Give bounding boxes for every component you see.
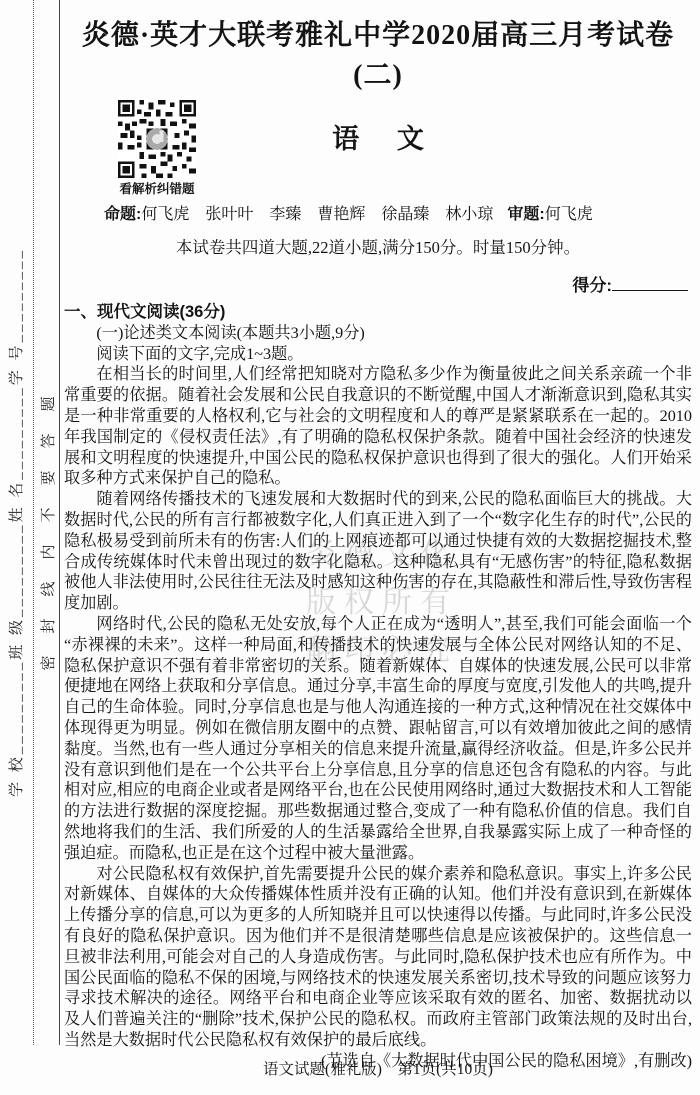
passage-paragraph: 随着网络传播技术的飞速发展和大数据时代的到来,公民的隐私面临巨大的挑战。大数据时…	[64, 489, 692, 614]
seal-dotted-line	[33, 0, 34, 1045]
qr-code-icon	[116, 100, 198, 178]
setter-names: 何飞虎 张叶叶 李臻 曹艳辉 徐晶臻 林小琼	[141, 206, 493, 223]
section-instruction: 阅读下面的文字,完成1~3题。	[64, 344, 692, 365]
header-row: 看解析纠错题 语文	[64, 93, 692, 193]
setters-line: 命题:何飞虎 张叶叶 李臻 曹艳辉 徐晶臻 林小琼审题:何飞虎	[64, 201, 692, 224]
seal-warning-text: 密封线内不要答题	[38, 0, 60, 1045]
qr-caption: 看解析纠错题	[114, 179, 200, 197]
reviewer-name: 何飞虎	[545, 206, 593, 223]
page-footer: 语文试题(雅礼版) 第1页(共10页)	[64, 1057, 692, 1079]
score-line: 得分:	[64, 271, 692, 296]
exam-content: 炎德·英才大联考雅礼中学2020届高三月考试卷(二)	[64, 0, 692, 1071]
passage-paragraph: 网络时代,公民的隐私无处安放,每个人正在成为“透明人”,甚至,我们可能会面临一个…	[64, 614, 692, 864]
student-info-fields: 学 校_________班 级_________姓 名_________学 号_…	[4, 0, 30, 1045]
qr-block: 看解析纠错题	[114, 100, 200, 197]
score-label: 得分:	[572, 276, 612, 295]
exam-info: 本试卷共四道大题,22道小题,满分150分。时量150分钟。	[64, 234, 692, 258]
score-blank	[612, 275, 688, 291]
passage-paragraph: 在相当长的时间里,人们经常把知晓对方隐私多少作为衡量彼此之间关系亲疏一个非常重要…	[64, 364, 692, 489]
exam-title: 炎德·英才大联考雅礼中学2020届高三月考试卷(二)	[64, 0, 692, 93]
section-heading: 一、现代文阅读(36分)	[64, 302, 692, 323]
passage-paragraph: 对公民隐私权有效保护,首先需要提升公民的媒介素养和隐私意识。事实上,许多公民对新…	[64, 864, 692, 1051]
section-subheading: (一)论述类文本阅读(本题共3小题,9分)	[64, 323, 692, 344]
setter-label: 命题:	[104, 206, 141, 223]
exam-page: 学 校_________班 级_________姓 名_________学 号_…	[0, 0, 700, 1095]
reviewer-label: 审题:	[507, 206, 544, 223]
seal-solid-line	[59, 0, 60, 1045]
